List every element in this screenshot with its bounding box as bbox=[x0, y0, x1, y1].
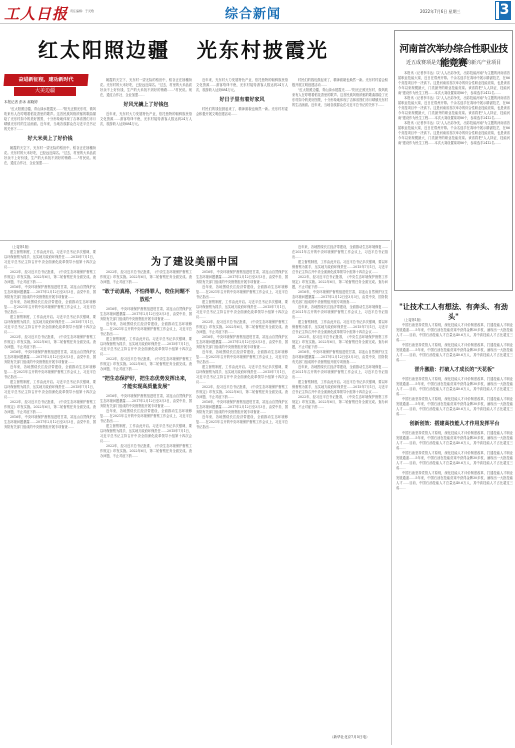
paragraph: 2022年，经习近平总书记批准，《中央生态环境保护督察工作规定》印发实施。202… bbox=[292, 275, 388, 290]
paragraph: 近年来，各地围绕长江经济带建设，全面推动生态环境修复……在2021年召开的中央环… bbox=[292, 365, 388, 380]
paragraph: 中国石油坚持党管人才原则，深化技能人才评价制度改革，打通技能人才职业发展通道……… bbox=[396, 323, 513, 343]
paragraph: 2022年，经习近平总书记批准，《中央生态环境保护督察工作规定》印发实施。202… bbox=[292, 335, 388, 350]
paragraph: 2022年，经习近平总书记批准，《中央生态环境保护督察工作规定》印发实施。202… bbox=[196, 320, 288, 335]
second-column-3: 2016年，中央环境保护督察组进驻甘肃，祁连山自然保护区生态环境问题暴露……20… bbox=[196, 270, 288, 733]
paragraph: 本报讯（记者李丰达）以"人人出彩争先，出彩技能河南"为主题的河南省首届职业技能大… bbox=[398, 96, 510, 121]
paragraph: 2016年，中央环境保护督察组进驻甘肃，祁连山自然保护区生态环境问题暴露……20… bbox=[4, 285, 96, 300]
lead-column-3: 近年来，光东村大力发展特色产业，依托独特的朝鲜族民俗文化资源……游客络绎不绝，光… bbox=[196, 78, 288, 236]
paragraph: 中国石油坚持党管人才原则，深化技能人才评价制度改革，打通技能人才职业发展通道……… bbox=[396, 397, 513, 417]
paragraph: 近年来，各地围绕长江经济带建设，全面推动生态环境修复……在2021年召开的中央环… bbox=[292, 245, 388, 260]
sidebar-story-box: 河南首次举办综合性职业技能竞赛 近五成赛项是先进制造业有的新兴产业项目 本报讯（… bbox=[394, 30, 513, 291]
paragraph: 近年来，各地围绕长江经济带建设，全面推动生态环境修复……在2021年召开的中央环… bbox=[100, 409, 192, 424]
paragraph: 2016年，中央环境保护督察组进驻甘肃，祁连山自然保护区生态环境问题暴露……20… bbox=[196, 400, 288, 415]
second-column-4: 近年来，各地围绕长江经济带建设，全面推动生态环境修复……在2021年召开的中央环… bbox=[292, 245, 388, 723]
paragraph: 2016年，中央环境保护督察组进驻甘肃，祁连山自然保护区生态环境问题暴露……20… bbox=[196, 270, 288, 285]
paragraph: 本报讯（记者李丰达）以"人人出彩争先，出彩技能河南"为主题的河南省首届职业技能大… bbox=[398, 71, 510, 96]
paragraph: 建立督察制度，工作由此开启。习近平总书记多次强调，要以环保督察为抓手，压实地方政… bbox=[196, 365, 288, 385]
paragraph: 中国石油坚持党管人才原则，深化技能人才评价制度改革，打通技能人才职业发展通道……… bbox=[396, 343, 513, 363]
paragraph: 本报讯（记者李丰达）以"人人出彩争先，出彩技能河南"为主题的河南省首届职业技能大… bbox=[398, 121, 510, 146]
sidebar-body: 本报讯（记者李丰达）以"人人出彩争先，出彩技能河南"为主题的河南省首届职业技能大… bbox=[398, 71, 510, 287]
paragraph: 2022年，经习近平总书记批准，《中央生态环境保护督察工作规定》印发实施。202… bbox=[100, 357, 192, 372]
paragraph: 建立督察制度，工作由此开启。习近平总书记多次强调，要以环保督察为抓手，压实地方政… bbox=[196, 300, 288, 320]
paragraph: 近年来，光东村大力发展特色产业，依托独特的朝鲜族民俗文化资源……游客络绎不绝，光… bbox=[196, 78, 288, 93]
paragraph: 近年来，各地围绕长江经济带建设，全面推动生态环境修复……在2021年召开的中央环… bbox=[4, 365, 96, 380]
paragraph: "红太阳照边疆，青山绿水披霞光……"阳光正照光东村，微风吹来有人在哼唱着稻花香里… bbox=[292, 88, 388, 108]
paragraph: 中国石油坚持党管人才原则，深化技能人才评价制度改革，打通技能人才职业发展通道……… bbox=[396, 451, 513, 471]
paragraph: 建立督察制度，工作由此开启。习近平总书记多次强调，要以环保督察为抓手，压实地方政… bbox=[100, 337, 192, 357]
paragraph: 中国石油坚持党管人才原则，深化技能人才评价制度改革，打通技能人才职业发展通道……… bbox=[396, 377, 513, 397]
paragraph: 2022年，经习近平总书记批准，《中央生态环境保护督察工作规定》印发实施。202… bbox=[100, 444, 192, 459]
paragraph: 近年来，各地围绕长江经济带建设，全面推动生态环境修复……在2021年召开的中央环… bbox=[196, 350, 288, 365]
paragraph: 建立督察制度，工作由此开启。习近平总书记多次强调，要以环保督察为抓手，压实地方政… bbox=[292, 260, 388, 275]
masthead: 工人日报 责任编辑：于灵歌 综合新闻 2022年7月6日 星期三 3 bbox=[0, 0, 515, 24]
paragraph: 近年来，各地围绕长江经济带建设，全面推动生态环境修复……在2021年召开的中央环… bbox=[196, 415, 288, 430]
lead-subhead-1: 好大米卖上了好价钱 bbox=[4, 135, 96, 143]
section-divider bbox=[0, 240, 390, 241]
paragraph: 建立督察制度，工作由此开启。习近平总书记多次强调，要以环保督察为抓手，压实地方政… bbox=[292, 380, 388, 395]
paragraph: 2016年，中央环境保护督察组进驻甘肃，祁连山自然保护区生态环境问题暴露……20… bbox=[292, 350, 388, 365]
paragraph: 村民们的钱包鼓起来了，精神面貌也焕然一新。光东村村委会积极开展文明创建活动…… bbox=[292, 78, 388, 88]
paragraph: 朝霞的天空下，光东村一望无际的稻田中，稻谷正在抽穗扬花。光东村的大米好吃，已经远… bbox=[100, 78, 192, 98]
paragraph: 2016年，中央环境保护督察组进驻甘肃，祁连山自然保护区生态环境问题暴露……20… bbox=[4, 350, 96, 365]
paragraph: 建立督察制度，工作由此开启。习近平总书记多次强调，要以环保督察为抓手，压实地方政… bbox=[4, 380, 96, 400]
paragraph: 中国石油坚持党管人才原则，深化技能人才评价制度改革，打通技能人才职业发展通道……… bbox=[396, 431, 513, 451]
paragraph: 2022年，经习近平总书记批准，《中央生态环境保护督察工作规定》印发实施。202… bbox=[196, 385, 288, 400]
third-subhead-1: 晋升激励：打破人才成长的"天花板" bbox=[396, 366, 513, 374]
paragraph: 建立督察制度，工作由此开启。习近平总书记多次强调，要以环保督察为抓手，压实地方政… bbox=[4, 315, 96, 335]
paragraph: 近年来，各地围绕长江经济带建设，全面推动生态环境修复……在2021年召开的中央环… bbox=[4, 300, 96, 315]
third-subhead-2: 创新创效：搭建高技能人才作用发挥平台 bbox=[396, 420, 513, 428]
paragraph: 村民们的钱包鼓起来了，精神面貌也焕然一新。光东村村委会积极开展文明创建活动…… bbox=[196, 107, 288, 117]
lead-column-4: 村民们的钱包鼓起来了，精神面貌也焕然一新。光东村村委会积极开展文明创建活动…… … bbox=[292, 78, 388, 236]
paragraph: 2022年，经习近平总书记批准，《中央生态环境保护督察工作规定》印发实施。202… bbox=[4, 400, 96, 415]
paragraph: 建立督察制度，工作由此开启。习近平总书记多次强调，要以环保督察为抓手，压实地方政… bbox=[100, 424, 192, 444]
paragraph: 2016年，中央环境保护督察组进驻甘肃，祁连山自然保护区生态环境问题暴露……20… bbox=[196, 335, 288, 350]
paragraph: 2016年，中央环境保护督察组进驻甘肃，祁连山自然保护区生态环境问题暴露……20… bbox=[100, 307, 192, 322]
second-column-2: 2022年，经习近平总书记批准，《中央生态环境保护督察工作规定》印发实施。202… bbox=[100, 270, 192, 733]
paragraph: 朝霞的天空下，光东村一望无际的稻田中，稻谷正在抽穗扬花。光东村的大米好吃，已经远… bbox=[4, 146, 96, 166]
third-story-body: （上接第1版） 中国石油坚持党管人才原则，深化技能人才评价制度改革，打通技能人才… bbox=[396, 318, 513, 746]
paragraph: 2022年，经习近平总书记批准，《中央生态环境保护督察工作规定》印发实施。202… bbox=[4, 335, 96, 350]
lead-subhead-2: 好风光撬上了好钱包 bbox=[100, 101, 192, 109]
lead-column-1: "红太阳照边疆，青山绿水披霞光……"阳光正照光东村，微风吹来有人在哼唱着稻花香里… bbox=[4, 107, 96, 237]
paragraph: 2016年，中央环境保护督察组进驻甘肃，祁连山自然保护区生态环境问题暴露……20… bbox=[292, 290, 388, 305]
paragraph: 近年来，光东村大力发展特色产业，依托独特的朝鲜族民俗文化资源……游客络绎不绝，光… bbox=[100, 112, 192, 127]
dateline-signoff: （新华社北京7月5日电） bbox=[330, 735, 369, 740]
issue-date: 2022年7月6日 星期三 bbox=[420, 9, 461, 15]
series-subbanner: 大美边疆 bbox=[14, 87, 76, 96]
second-headline: 为了建设美丽中国 bbox=[100, 253, 290, 268]
lead-column-2: 朝霞的天空下，光东村一望无际的稻田中，稻谷正在抽穗扬花。光东村的大米好吃，已经远… bbox=[100, 78, 192, 236]
paragraph: 建立督察制度，工作由此开启。习近平总书记多次强调，要以环保督察为抓手，压实地方政… bbox=[4, 250, 96, 270]
paragraph: "红太阳照边疆，青山绿水披霞光……"阳光正照光东村，微风吹来有人在哼唱着稻花香里… bbox=[4, 107, 96, 132]
page-number: 3 bbox=[496, 2, 510, 19]
lead-subhead-3: 好日子里有着好家风 bbox=[196, 96, 288, 104]
paragraph: 2022年，经习近平总书记批准，《中央生态环境保护督察工作规定》印发实施。202… bbox=[292, 395, 388, 410]
series-banner: 奋进新征程，建功新时代 bbox=[3, 74, 88, 86]
paragraph: 2016年，中央环境保护督察组进驻甘肃，祁连山自然保护区生态环境问题暴露……20… bbox=[100, 394, 192, 409]
column-divider bbox=[391, 240, 392, 745]
second-column-1: （上接第1版） 建立督察制度，工作由此开启。习近平总书记多次强调，要以环保督察为… bbox=[4, 245, 96, 733]
paragraph: 近年来，各地围绕长江经济带建设，全面推动生态环境修复……在2021年召开的中央环… bbox=[196, 285, 288, 300]
paragraph: 建立督察制度，工作由此开启。习近平总书记多次强调，要以环保督察为抓手，压实地方政… bbox=[292, 320, 388, 335]
lead-byline: 本报记者 彭冰 郝晓婷 bbox=[4, 100, 38, 105]
section-title: 综合新闻 bbox=[225, 3, 281, 22]
paragraph: 近年来，各地围绕长江经济带建设，全面推动生态环境修复……在2021年召开的中央环… bbox=[292, 305, 388, 320]
lead-headline: 红太阳照边疆 光东村披霞光 bbox=[38, 34, 329, 63]
sidebar-subtitle: 近五成赛项是先进制造业有的新兴产业项目 bbox=[397, 59, 510, 66]
second-subhead-2: "把生态保护好，把生态优势发挥出来，才能实现高质量发展" bbox=[100, 375, 192, 391]
paragraph: 近年来，各地围绕长江经济带建设，全面推动生态环境修复……在2021年召开的中央环… bbox=[100, 322, 192, 337]
paragraph: 2016年，中央环境保护督察组进驻甘肃，祁连山自然保护区生态环境问题暴露……20… bbox=[4, 415, 96, 430]
paragraph: 中国石油坚持党管人才原则，深化技能人才评价制度改革，打通技能人才职业发展通道……… bbox=[396, 471, 513, 491]
editor-credit: 责任编辑：于灵歌 bbox=[70, 9, 94, 13]
second-subhead-1: "敢于动真格，不怕得罪人，咬住问题不放松" bbox=[100, 288, 192, 304]
paragraph: 2022年，经习近平总书记批准，《中央生态环境保护督察工作规定》印发实施。202… bbox=[100, 270, 192, 285]
newspaper-logo: 工人日报 bbox=[4, 3, 68, 24]
paragraph: 2022年，经习近平总书记批准，《中央生态环境保护督察工作规定》印发实施。202… bbox=[4, 270, 96, 285]
